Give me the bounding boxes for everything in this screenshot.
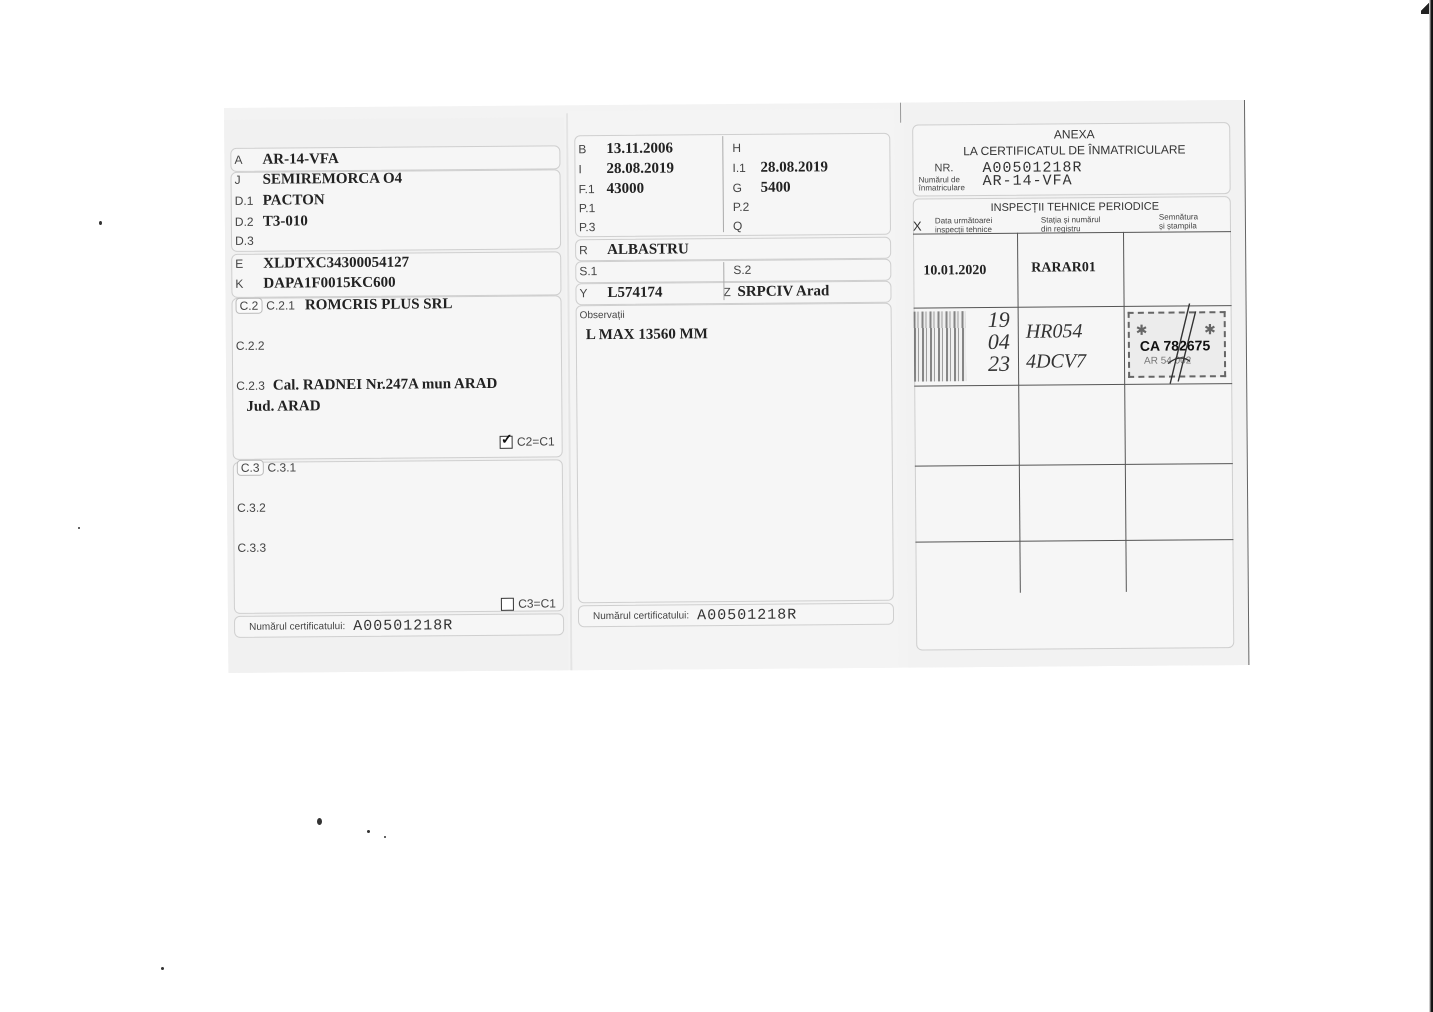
handwritten-date: 19 04 23: [988, 309, 1011, 375]
c3-c1-checkbox[interactable]: [501, 597, 514, 610]
scan-edge: [1429, 0, 1433, 1012]
inspection-sticker: [914, 311, 967, 381]
scan-speck: [317, 818, 322, 825]
inspection-stamp: ✱ ✱ CA 782675 AR 54 002: [1128, 311, 1227, 378]
field-k: K DAPA1F0015KC600: [235, 271, 557, 294]
scan-corner: [1421, 0, 1429, 14]
observatii-value-row: L MAX 13560 MM: [586, 323, 888, 345]
annex-plate-number: AR-14-VFA: [983, 172, 1073, 190]
scan-speck: [161, 967, 164, 970]
field-j: J SEMIREMORCA O4: [234, 167, 556, 190]
field-c23-line2: Jud. ARAD: [246, 394, 558, 416]
certificate-number-row: Numărul certificatului: A00501218R: [234, 613, 564, 638]
field-a: A AR-14-VFA: [234, 147, 556, 170]
inspections-table: 10.01.2020 RARAR01 19 04 23 HR054 4DCV7 …: [913, 215, 1234, 657]
scan-speck: [99, 221, 102, 225]
field-c33: C.3.3: [237, 535, 559, 558]
c2-c1-checkbox[interactable]: [500, 435, 513, 448]
field-s1-s2: S.1 S.2: [579, 259, 887, 281]
signature-icon: [1160, 303, 1201, 387]
c3-equals-c1: C3=C1: [238, 593, 556, 615]
annex-panel: ANEXA LA CERTIFICATUL DE ÎNMATRICULARE N…: [904, 100, 1249, 668]
scan-speck: [367, 830, 370, 833]
field-c22: C.2.2: [236, 333, 558, 356]
fold-mark: [900, 103, 901, 123]
middle-field-grid: B 13.11.2006 H I 28.08.2019 I.1 28.08.20…: [568, 109, 894, 112]
observatii-value: L MAX 13560 MM: [586, 326, 708, 344]
owner-name: ROMCRIS PLUS SRL: [305, 296, 453, 314]
field-p3-q: P.3 Q: [579, 215, 887, 237]
stamp-star-icon: ✱: [1136, 322, 1148, 339]
field-c21: C.2 C.2.1 ROMCRIS PLUS SRL: [235, 293, 557, 316]
field-d3: D.3: [235, 228, 557, 251]
field-r: R ALBASTRU: [579, 238, 887, 260]
middle-panel: B 13.11.2006 H I 28.08.2019 I.1 28.08.20…: [568, 109, 898, 671]
observatii-label-row: Observații: [580, 303, 888, 325]
c2-equals-c1: C2=C1: [237, 431, 555, 453]
field-i-i1: I 28.08.2019 I.1 28.08.2019: [578, 157, 886, 179]
handwritten-station: HR054 4DCV7: [1026, 316, 1086, 376]
scan-speck: [78, 527, 80, 529]
vehicle-color: ALBASTRU: [607, 241, 689, 259]
annex-title: ANEXA: [904, 126, 1244, 143]
field-c32: C.3.2: [237, 495, 559, 518]
field-c23: C.2.3 Cal. RADNEI Nr.247A mun ARAD: [236, 373, 558, 396]
plate-label: Numărul de înmatriculare: [919, 176, 965, 192]
owner-address: Cal. RADNEI Nr.247A mun ARAD: [273, 375, 498, 394]
field-c31: C.3 C.3.1: [237, 455, 559, 478]
scan-speck: [384, 836, 386, 838]
field-d1: D.1 PACTON: [235, 188, 557, 211]
field-b-h: B 13.11.2006 H: [578, 137, 886, 159]
annex-subtitle: LA CERTIFICATUL DE ÎNMATRICULARE: [904, 142, 1244, 159]
registration-certificate: A AR-14-VFA J SEMIREMORCA O4 D.1 PACTON …: [224, 100, 1248, 673]
certificate-number-row-mid: Numărul certificatului: A00501218R: [578, 603, 894, 627]
vin: XLDTXC34300054127: [263, 254, 409, 272]
left-panel: A AR-14-VFA J SEMIREMORCA O4 D.1 PACTON …: [224, 117, 568, 673]
inspection-station: RARAR01: [1031, 260, 1096, 277]
inspection-date: 10.01.2020: [923, 263, 986, 279]
field-e: E XLDTXC34300054127: [235, 251, 557, 274]
field-y-z: Y L574174 Z SRPCIV Arad: [579, 281, 887, 303]
plate-number: AR-14-VFA: [262, 151, 339, 169]
certificate-number: A00501218R: [353, 617, 453, 635]
stamp-star-icon: ✱: [1204, 321, 1216, 338]
